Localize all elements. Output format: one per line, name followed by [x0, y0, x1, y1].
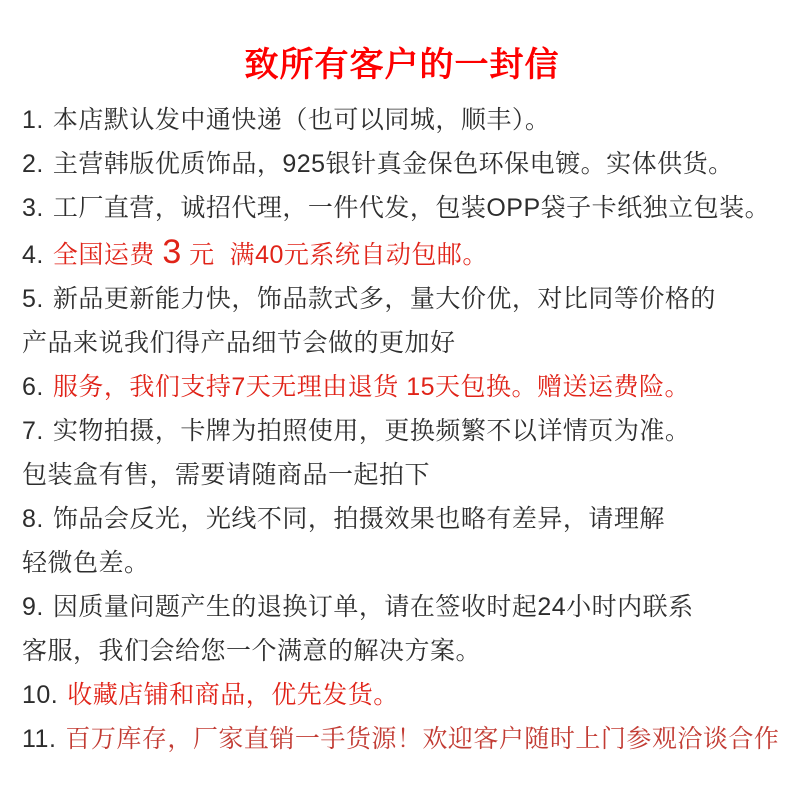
line-text: 工厂直营，诚招代理，一件代发，包装OPP袋子卡纸独立包装。 [53, 194, 770, 222]
shipping-fee-amount: 3 [162, 233, 181, 271]
line-text: 实物拍摄，卡牌为拍照使用，更换频繁不以详情页为准。 [53, 417, 691, 445]
line-5: 5.新品更新能力快，饰品款式多，量大价优，对比同等价格的 [22, 277, 782, 321]
line-number: 1. [22, 106, 44, 134]
line-number: 9. [22, 593, 44, 621]
line-4-shipping-fee: 4.全国运费 3 元 满40元系统自动包邮。 [22, 230, 782, 277]
line-7: 7.实物拍摄，卡牌为拍照使用，更换频繁不以详情页为准。 [22, 409, 782, 453]
line-5-continued: 产品来说我们得产品细节会做的更加好 [22, 321, 782, 365]
line-number: 8. [22, 505, 44, 533]
line-text: 因质量问题产生的退换订单，请在签收时起24小时内联系 [53, 593, 694, 621]
line-8-continued: 轻微色差。 [22, 541, 782, 585]
line-text: 本店默认发中通快递（也可以同城，顺丰）。 [53, 106, 551, 134]
line-1: 1.本店默认发中通快递（也可以同城，顺丰）。 [22, 98, 782, 142]
line-text: 全国运费 [53, 241, 162, 269]
page-title: 致所有客户的一封信 [22, 46, 782, 84]
line-number: 7. [22, 417, 44, 445]
line-number: 3. [22, 194, 44, 222]
line-10-favorite: 10.收藏店铺和商品，优先发货。 [22, 673, 782, 717]
line-number: 2. [22, 150, 44, 178]
line-text: 饰品会反光，光线不同，拍摄效果也略有差异，请理解 [53, 505, 665, 533]
customer-letter-page: 致所有客户的一封信 1.本店默认发中通快递（也可以同城，顺丰）。 2.主营韩版优… [0, 0, 800, 800]
line-8: 8.饰品会反光，光线不同，拍摄效果也略有差异，请理解 [22, 497, 782, 541]
line-number: 11. [22, 725, 56, 753]
line-text: 轻微色差。 [22, 549, 150, 577]
line-6-service: 6.服务，我们支持7天无理由退货 15天包换。赠送运费险。 [22, 365, 782, 409]
line-text: 新品更新能力快，饰品款式多，量大价优，对比同等价格的 [53, 285, 716, 313]
line-text: 收藏店铺和商品，优先发货。 [67, 681, 399, 709]
line-number: 5. [22, 285, 44, 313]
line-11-stock: 11.百万库存，厂家直销一手货源！欢迎客户随时上门参观洽谈合作 [22, 717, 782, 761]
line-number: 4. [22, 241, 44, 269]
line-text: 服务，我们支持7天无理由退货 15天包换。赠送运费险。 [53, 373, 690, 401]
line-number: 10. [22, 681, 58, 709]
line-9-continued: 客服，我们会给您一个满意的解决方案。 [22, 629, 782, 673]
line-text: 产品来说我们得产品细节会做的更加好 [22, 329, 456, 357]
line-2: 2.主营韩版优质饰品，925银针真金保色环保电镀。实体供货。 [22, 142, 782, 186]
line-text: 主营韩版优质饰品，925银针真金保色环保电镀。实体供货。 [53, 150, 734, 178]
line-number: 6. [22, 373, 44, 401]
line-7-continued: 包装盒有售，需要请随商品一起拍下 [22, 453, 782, 497]
line-3: 3.工厂直营，诚招代理，一件代发，包装OPP袋子卡纸独立包装。 [22, 186, 782, 230]
line-text: 百万库存，厂家直销一手货源！欢迎客户随时上门参观洽谈合作 [65, 725, 779, 753]
line-text: 包装盒有售，需要请随商品一起拍下 [22, 461, 430, 489]
line-text: 元 满40元系统自动包邮。 [182, 241, 488, 269]
line-text: 客服，我们会给您一个满意的解决方案。 [22, 637, 481, 665]
line-9: 9.因质量问题产生的退换订单，请在签收时起24小时内联系 [22, 585, 782, 629]
